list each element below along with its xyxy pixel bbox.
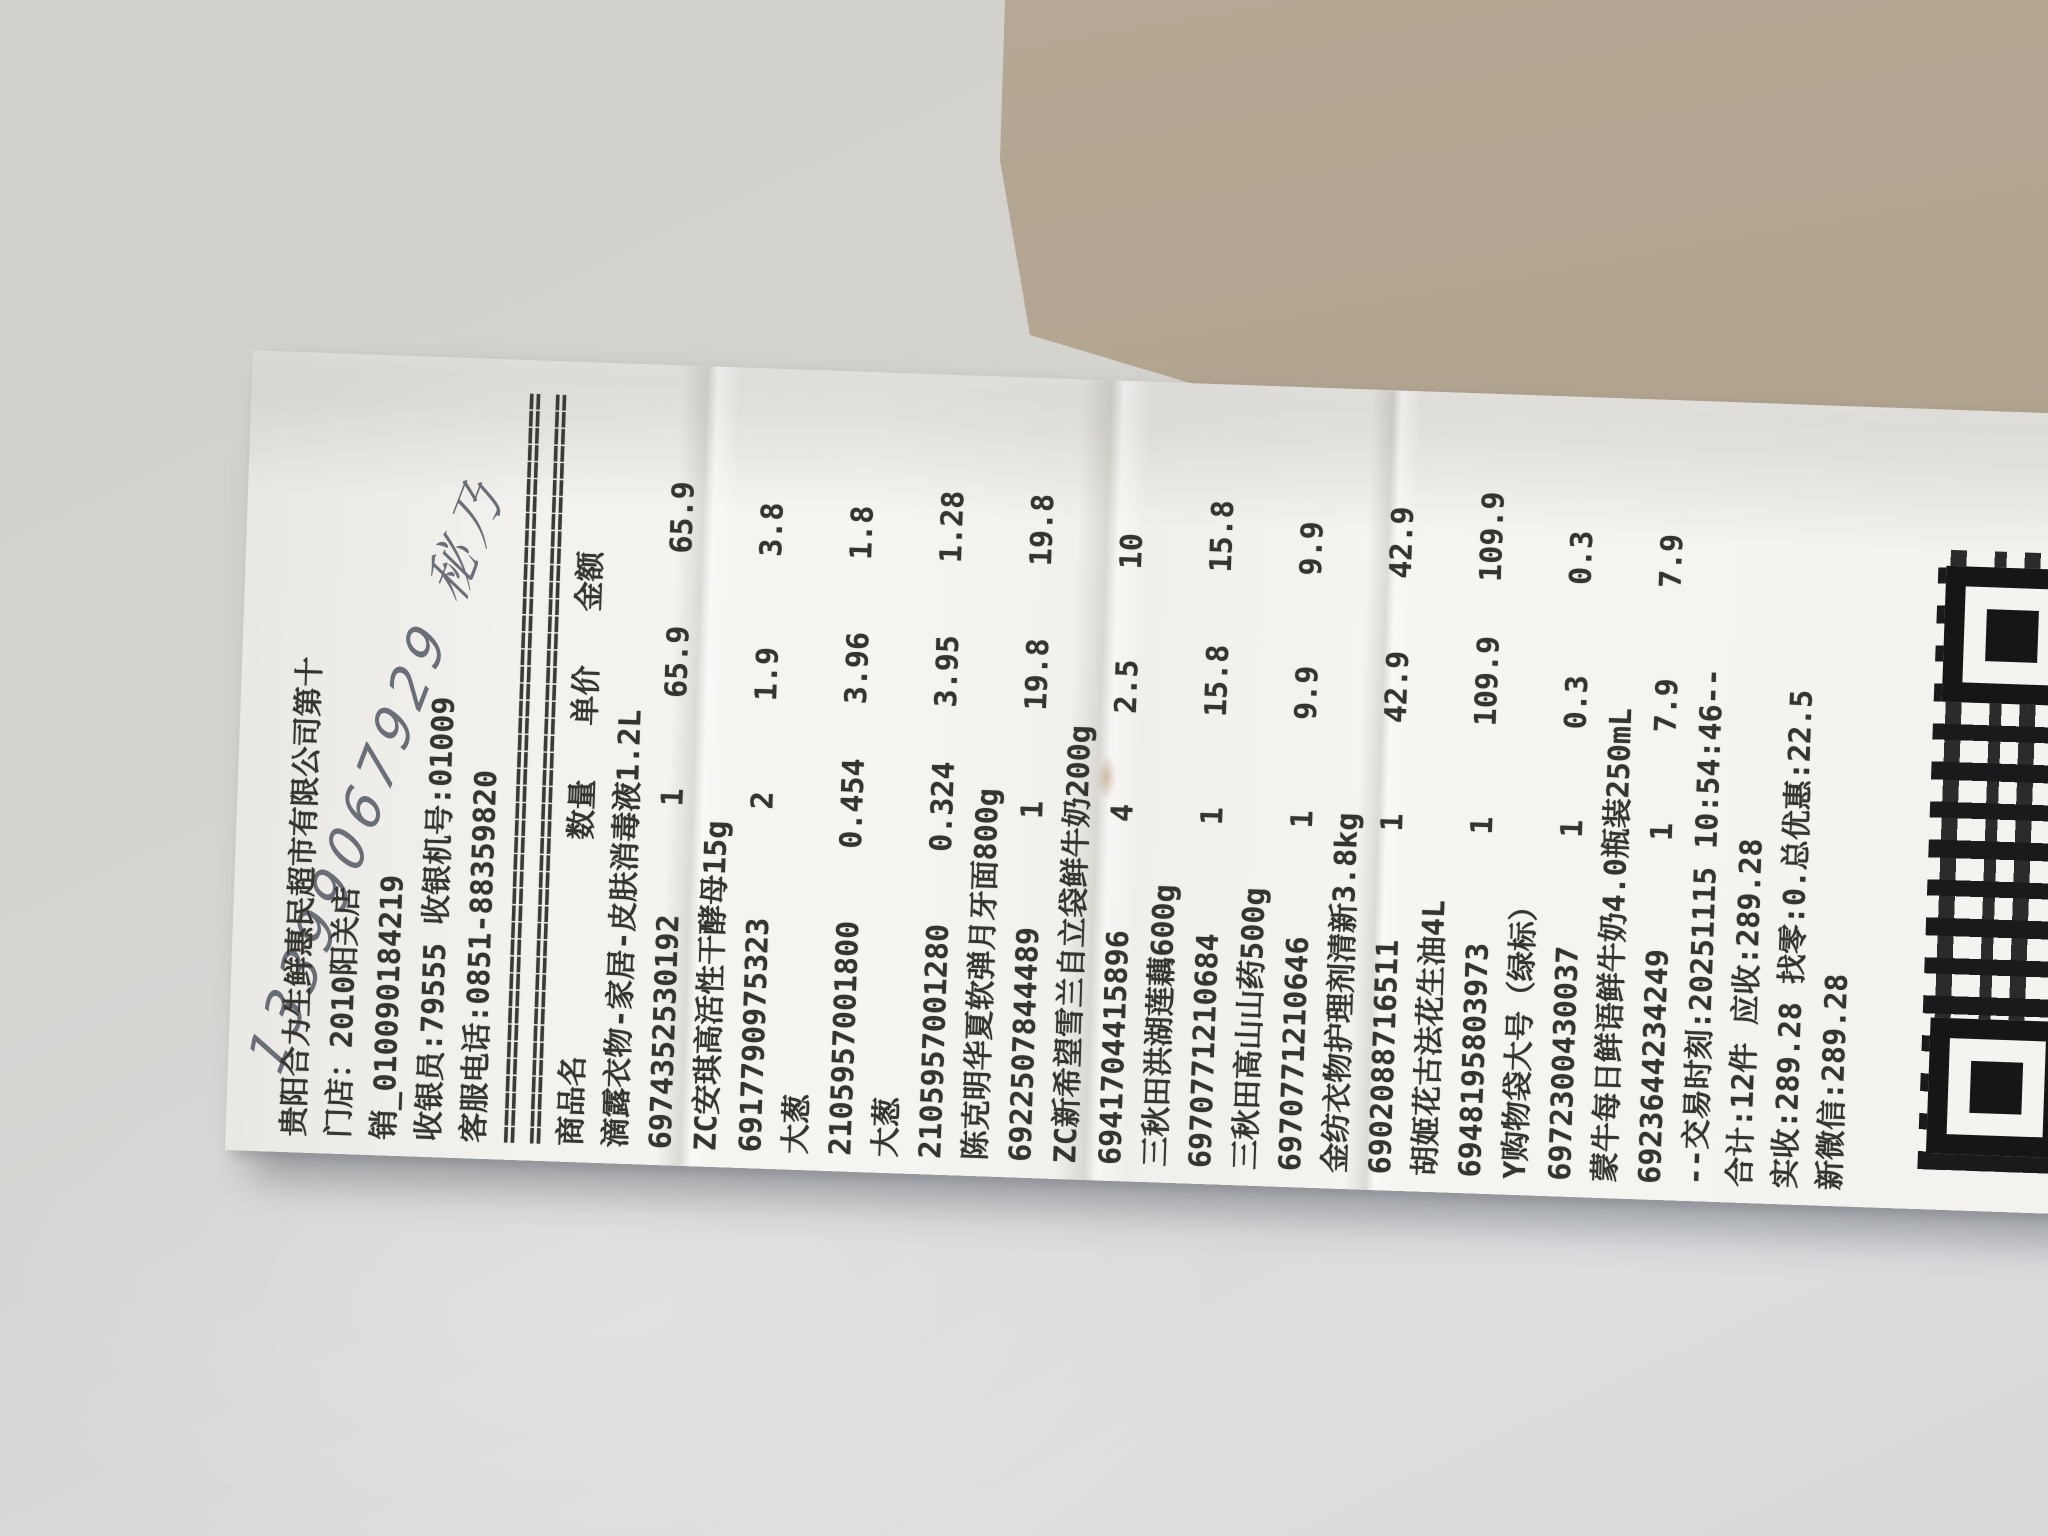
receipt-lines: 贵阳合力生鲜惠民超市有限公司第十 门店：2010阳关店 销_0100901842… [272,368,1880,1191]
receipt: 13399067929 秘乃 贵阳合力生鲜惠民超市有限公司第十 门店：2010阳… [225,350,2048,1233]
photo-scene: 13399067929 秘乃 贵阳合力生鲜惠民超市有限公司第十 门店：2010阳… [0,0,2048,1536]
qr-finder-icon [1942,566,2048,707]
qr-code [1917,549,2048,1190]
qr-finder-icon [1926,1017,2048,1158]
